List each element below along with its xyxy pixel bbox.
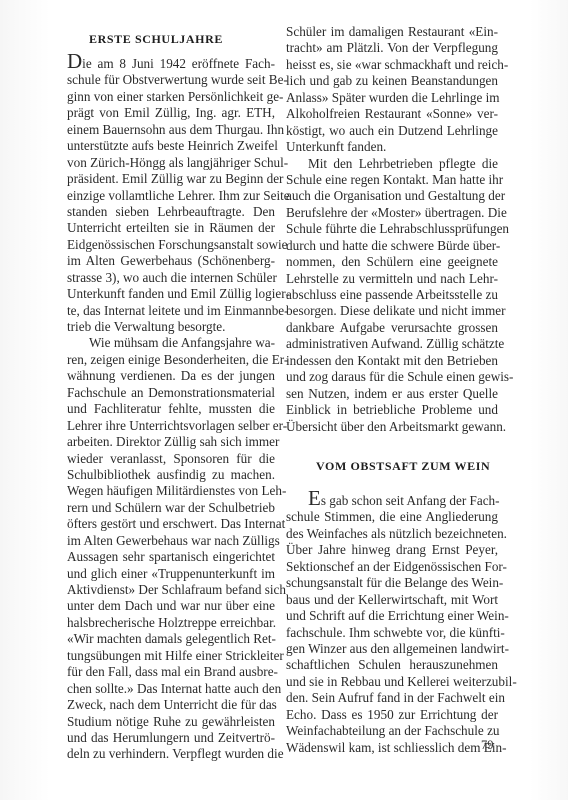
text-line: Aussagen sehr spartanisch eingerichtet xyxy=(67,549,275,565)
text-line: für den Fall, dass mal ein Brand ausbre- xyxy=(67,664,275,680)
text-line: präsident. Emil Züllig war zu Beginn der xyxy=(67,171,275,187)
text-line: indessen den Kontakt mit den Betrieben xyxy=(286,353,498,369)
text-line: Berufslehre der «Moster» übertragen. Die xyxy=(286,205,498,221)
book-page: ERSTE SCHULJAHRE Die am 8 Juni 1942 eröf… xyxy=(0,0,568,800)
text-line: schaftlichen Schulen herauszunehmen xyxy=(286,657,498,673)
text-line: wähnung verdienen. Da es der jungen xyxy=(67,368,275,384)
text-line: Anlass» Später wurden die Lehrlinge im xyxy=(286,90,498,106)
text-line: und Fachliteratur fehlte, mussten die xyxy=(67,401,275,417)
paragraph-first-line: Die am 8 Juni 1942 eröffnete Fach- xyxy=(67,56,275,72)
text-line: Aktivdienst» Der Schlafraum befand sich xyxy=(67,582,275,598)
section-heading-vom-obstsaft-zum-wein: VOM OBSTSAFT ZUM WEIN xyxy=(316,459,490,474)
text-line: te, das Internat leitete und im Einmannb… xyxy=(67,303,275,319)
text-line: und sie in Rebbau und Kellerei weiterzub… xyxy=(286,674,498,690)
text-line: unterstützte aufs beste Heinrich Zweifel xyxy=(67,138,275,154)
text-line: Mit den Lehrbetrieben pflegte die xyxy=(286,156,498,172)
text-line: Lehrstelle zu vermitteln und nach Lehr- xyxy=(286,271,498,287)
text-line: Eidgenössischen Forschungsanstalt sowie xyxy=(67,237,275,253)
text-line: auch die Organisation und Gestaltung der xyxy=(286,188,498,204)
text-line: dankbare Aufgabe verursachte grossen xyxy=(286,320,498,336)
text-line: Lehrer ihre Unterrichtsvorlagen selber e… xyxy=(67,418,275,434)
text-line: des Weinfaches als nützlich bezeichneten… xyxy=(286,526,498,542)
left-column: Die am 8 Juni 1942 eröffnete Fach- schul… xyxy=(67,56,275,763)
text-line: öfters gestört und erschwert. Das Intern… xyxy=(67,516,275,532)
text-line: Unterkunft fanden. xyxy=(286,139,498,155)
text-line: durch und hatte die schwere Bürde über- xyxy=(286,238,498,254)
text-line: einzige vollamtliche Lehrer. Ihm zur Sei… xyxy=(67,188,275,204)
text-line: Einblick in betriebliche Probleme und xyxy=(286,402,498,418)
text-line: und Schrift auf die Errichtung einer Wei… xyxy=(286,608,498,624)
text-line: köstigt, wo auch ein Dutzend Lehrlinge xyxy=(286,123,498,139)
text-line: abschluss eine passende Arbeitsstelle zu xyxy=(286,287,498,303)
text-line: Schule führte die Lehrabschlussprüfungen xyxy=(286,221,498,237)
text-line: Schüler im damaligen Restaurant «Ein- xyxy=(286,24,498,40)
text-line: und zog daraus für die Schule einen gewi… xyxy=(286,369,498,385)
drop-cap: E xyxy=(308,486,321,510)
text-line: schule Stimmen, die eine Angliederung xyxy=(286,509,498,525)
text-line: Wädenswil kam, ist schliesslich dem Ein- xyxy=(286,740,498,756)
text-line: fachschule. Ihm schwebte vor, die künfti… xyxy=(286,625,498,641)
text-line: prägt von Emil Züllig, Ing. agr. ETH, xyxy=(67,105,275,121)
text-line: einem Bauernsohn aus dem Thurgau. Ihn xyxy=(67,122,275,138)
text-line: sen Nutzen, indem er aus erster Quelle xyxy=(286,386,498,402)
text-line: Schulbibliothek ausfindig zu machen. xyxy=(67,467,275,483)
text-line: Echo. Dass es 1950 zur Errichtung der xyxy=(286,707,498,723)
text-line: Wie mühsam die Anfangsjahre wa- xyxy=(67,335,275,351)
text-line: gen Winzer aus den allgemeinen landwirt- xyxy=(286,641,498,657)
text-line: und glich einer «Truppenunterkunft im xyxy=(67,566,275,582)
text-line: Schule eine regen Kontakt. Man hatte ihr xyxy=(286,172,498,188)
text-line: schule für Obstverwertung wurde seit Be- xyxy=(67,72,275,88)
text-line: rern und Schülern war der Schulbetrieb xyxy=(67,500,275,516)
text-line: trieb die Verwaltung besorgte. xyxy=(67,319,275,335)
text-line: heisst es, sie «war schmackhaft und reic… xyxy=(286,57,498,73)
text-line: nommen, den Schülern eine geeignete xyxy=(286,254,498,270)
text-line: Zweck, nach dem Unterricht die für das xyxy=(67,697,275,713)
text-line: arbeiten. Direktor Züllig sah sich immer xyxy=(67,434,275,450)
right-column-second-section: Es gab schon seit Anfang der Fach- schul… xyxy=(286,493,498,756)
text-line: standen sieben Lehrbeauftragte. Den xyxy=(67,204,275,220)
text-line: Übersicht über den Arbeitsmarkt gewann. xyxy=(286,419,498,435)
text-line: Fachschule an Demonstrationsmaterial xyxy=(67,385,275,401)
text-line: tungsübungen mit Hilfe einer Strickleite… xyxy=(67,648,275,664)
text-line: Alkoholfreien Restaurant «Sonne» ver- xyxy=(286,106,498,122)
text-line: lich und gab zu keinen Beanstandungen xyxy=(286,73,498,89)
text-line: Studium nötige Ruhe zu gewährleisten xyxy=(67,714,275,730)
text-line: strasse 3), wo auch die internen Schüler xyxy=(67,270,275,286)
drop-cap: D xyxy=(67,49,82,73)
text-line: wieder veranlasst, Sponsoren für die xyxy=(67,451,275,467)
text-line: Unterricht erteilten sie in Räumen der xyxy=(67,220,275,236)
text-line: den. Sein Aufruf fand in der Fachwelt ei… xyxy=(286,690,498,706)
text-line: tracht» am Plätzli. Von der Verpflegung xyxy=(286,40,498,56)
text-line: Sektionschef an der Eidgenössischen For- xyxy=(286,559,498,575)
text-line: im Alten Gewerbehaus war nach Zülligs xyxy=(67,533,275,549)
text-line: Weinfachabteilung an der Fachschule zu xyxy=(286,723,498,739)
page-number: 79 xyxy=(481,738,494,753)
right-column: Schüler im damaligen Restaurant «Ein- tr… xyxy=(286,24,498,435)
text-line: Über Jahre hinweg drang Ernst Peyer, xyxy=(286,542,498,558)
text-line: im Alten Gewerbehaus (Schönenberg- xyxy=(67,253,275,269)
text-line: deln zu verhindern. Verpflegt wurden die xyxy=(67,746,275,762)
text-line: Wegen häufigen Militärdienstes von Leh- xyxy=(67,483,275,499)
text-line: von Zürich-Höngg als langjähriger Schul- xyxy=(67,155,275,171)
text-line: «Wir machten damals gelegentlich Ret- xyxy=(67,631,275,647)
text-line: halsbrecherische Holztreppe erreichbar. xyxy=(67,615,275,631)
paragraph-first-line: Es gab schon seit Anfang der Fach- xyxy=(286,493,498,509)
text-line: und das Herumlungern und Zeitvertrö- xyxy=(67,730,275,746)
text-line: chen sollte.» Das Internat hatte auch de… xyxy=(67,681,275,697)
section-heading-erste-schuljahre: ERSTE SCHULJAHRE xyxy=(89,32,223,47)
text-line: schungsanstalt für die Belange des Wein- xyxy=(286,575,498,591)
text-line: administrativen Aufwand. Züllig schätzte xyxy=(286,336,498,352)
text-line: ginn von einer starken Persönlichkeit ge… xyxy=(67,89,275,105)
text-line: unter dem Dach und war nur über eine xyxy=(67,598,275,614)
text-line: ren, zeigen einige Besonderheiten, die E… xyxy=(67,352,275,368)
text-line: baus und der Kellerwirtschaft, mit Wort xyxy=(286,592,498,608)
text-line: besorgen. Diese delikate und nicht immer xyxy=(286,303,498,319)
text-line: Unterkunft fanden und Emil Züllig logier… xyxy=(67,286,275,302)
